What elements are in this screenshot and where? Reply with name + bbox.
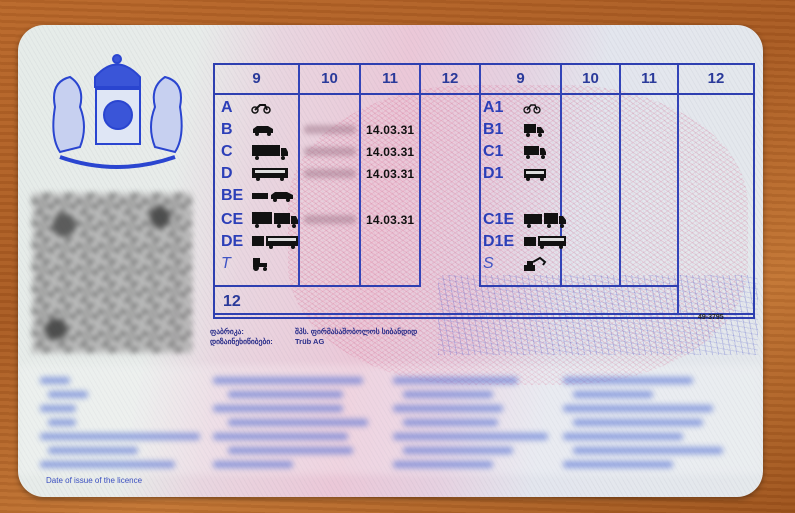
- bus-icon: [251, 167, 289, 181]
- category-label: T: [221, 253, 247, 275]
- redacted-text: [393, 377, 518, 384]
- redacted-text: [213, 461, 293, 468]
- medium-truck-icon: [523, 145, 547, 159]
- header-11-right: 11: [621, 65, 677, 93]
- category-label: S: [483, 253, 519, 275]
- expiry-date-b: 14.03.31: [366, 123, 414, 137]
- redacted-date: [304, 169, 356, 178]
- category-row-d1: D1: [483, 163, 547, 185]
- category-label: D: [221, 163, 247, 185]
- category-row-de: DE: [221, 231, 299, 253]
- category-row-b1: B1: [483, 119, 545, 141]
- column-divider: [298, 65, 300, 287]
- redacted-text: [393, 461, 493, 468]
- expiry-date-c: 14.03.31: [366, 145, 414, 159]
- redacted-date: [304, 215, 356, 224]
- coat-of-arms-icon: [40, 47, 195, 177]
- redacted-text: [403, 391, 493, 398]
- redacted-text: [393, 405, 503, 412]
- category-row-b: B: [221, 119, 275, 141]
- category-label: C1: [483, 141, 519, 163]
- manufacturer-label: ფაბრიკა:: [210, 327, 273, 337]
- header-10-right: 10: [562, 65, 619, 93]
- redacted-text: [573, 391, 653, 398]
- qr-code-blurred: [32, 193, 192, 353]
- header-9-left: 9: [215, 65, 298, 93]
- category-row-d: D: [221, 163, 289, 185]
- column-divider: [677, 65, 679, 315]
- redacted-text: [563, 461, 673, 468]
- redacted-text: [213, 377, 363, 384]
- footnote-text: Date of issue of the licence: [46, 476, 142, 485]
- row-12-label: 12: [223, 293, 241, 311]
- redacted-text: [213, 433, 348, 440]
- category-label: C1E: [483, 209, 519, 231]
- redacted-text: [228, 391, 343, 398]
- category-label: D1: [483, 163, 519, 185]
- redacted-text: [563, 433, 683, 440]
- redacted-date: [304, 147, 356, 156]
- redacted-text: [40, 377, 70, 384]
- redacted-text: [228, 447, 353, 454]
- column-divider: [479, 65, 481, 287]
- category-label: B: [221, 119, 247, 141]
- category-label: B1: [483, 119, 519, 141]
- redacted-text: [393, 433, 548, 440]
- header-9-right: 9: [481, 65, 560, 93]
- category-row-d1e: D1E: [483, 231, 567, 253]
- category-row-c: C: [221, 141, 289, 163]
- bus-trailer-icon: [251, 235, 299, 249]
- column-divider: [359, 65, 361, 287]
- redacted-text: [40, 461, 175, 468]
- category-label: A1: [483, 97, 519, 119]
- restrictions-row-12: 12: [213, 287, 755, 319]
- redacted-text: [403, 419, 498, 426]
- redacted-text: [573, 419, 703, 426]
- manufacturer-value: შპს. ფირმასაშობოლოს სიბანდიდ: [295, 327, 417, 337]
- serial-number: 49-3795: [698, 314, 724, 321]
- redacted-text: [48, 447, 138, 454]
- truck-trailer-icon: [251, 211, 299, 229]
- category-row-c1: C1: [483, 141, 547, 163]
- category-row-a: A: [221, 97, 271, 119]
- category-label: D1E: [483, 231, 519, 253]
- excavator-icon: [523, 256, 547, 272]
- header-divider: [215, 93, 753, 95]
- motorcycle-icon: [251, 102, 271, 114]
- expiry-date-d: 14.03.31: [366, 167, 414, 181]
- header-11-left: 11: [361, 65, 419, 93]
- category-label: CE: [221, 209, 247, 231]
- category-label: BE: [221, 185, 247, 207]
- truck-icon: [251, 144, 289, 160]
- redacted-text: [563, 377, 693, 384]
- category-row-ce: CE: [221, 209, 299, 231]
- column-divider: [560, 65, 562, 287]
- category-label: A: [221, 97, 247, 119]
- header-10-left: 10: [300, 65, 359, 93]
- redacted-text: [213, 405, 343, 412]
- redacted-text: [573, 447, 723, 454]
- category-row-be: BE: [221, 185, 295, 207]
- car-trailer-icon: [251, 190, 295, 202]
- categories-table: 9 10 11 12 9 10 11 12 A B C D BE CE: [213, 63, 755, 315]
- medium-truck-trailer-icon: [523, 212, 567, 228]
- car-icon: [251, 124, 275, 136]
- designer-value: Trüb AG: [295, 337, 417, 347]
- driving-licence-card: 9 10 11 12 9 10 11 12 A B C D BE CE: [18, 25, 763, 497]
- redacted-text: [40, 405, 76, 412]
- header-12-right: 12: [679, 65, 753, 93]
- tractor-icon: [251, 257, 269, 271]
- designer-label: დიზაინეხიწიბები:: [210, 337, 273, 347]
- redacted-text: [403, 447, 513, 454]
- column-divider: [619, 65, 621, 287]
- header-12-left: 12: [421, 65, 479, 93]
- expiry-date-ce: 14.03.31: [366, 213, 414, 227]
- issuer-values: შპს. ფირმასაშობოლოს სიბანდიდ Trüb AG: [295, 327, 417, 347]
- category-label: DE: [221, 231, 247, 253]
- issuer-info: ფაბრიკა: დიზაინეხიწიბები: შპს. ფირმასაშო…: [210, 327, 273, 347]
- minibus-icon: [523, 168, 547, 181]
- category-row-a1: A1: [483, 97, 541, 119]
- category-row-c1e: C1E: [483, 209, 567, 231]
- light-motorcycle-icon: [523, 102, 541, 114]
- column-divider: [419, 65, 421, 287]
- light-truck-icon: [523, 123, 545, 137]
- category-row-s: S: [483, 253, 547, 275]
- redacted-date: [304, 125, 356, 134]
- redacted-text: [563, 405, 713, 412]
- redacted-text: [40, 433, 200, 440]
- category-row-t: T: [221, 253, 269, 275]
- redacted-text: [228, 419, 368, 426]
- redacted-text: [48, 419, 76, 426]
- redacted-text: [48, 391, 88, 398]
- minibus-trailer-icon: [523, 235, 567, 249]
- category-label: C: [221, 141, 247, 163]
